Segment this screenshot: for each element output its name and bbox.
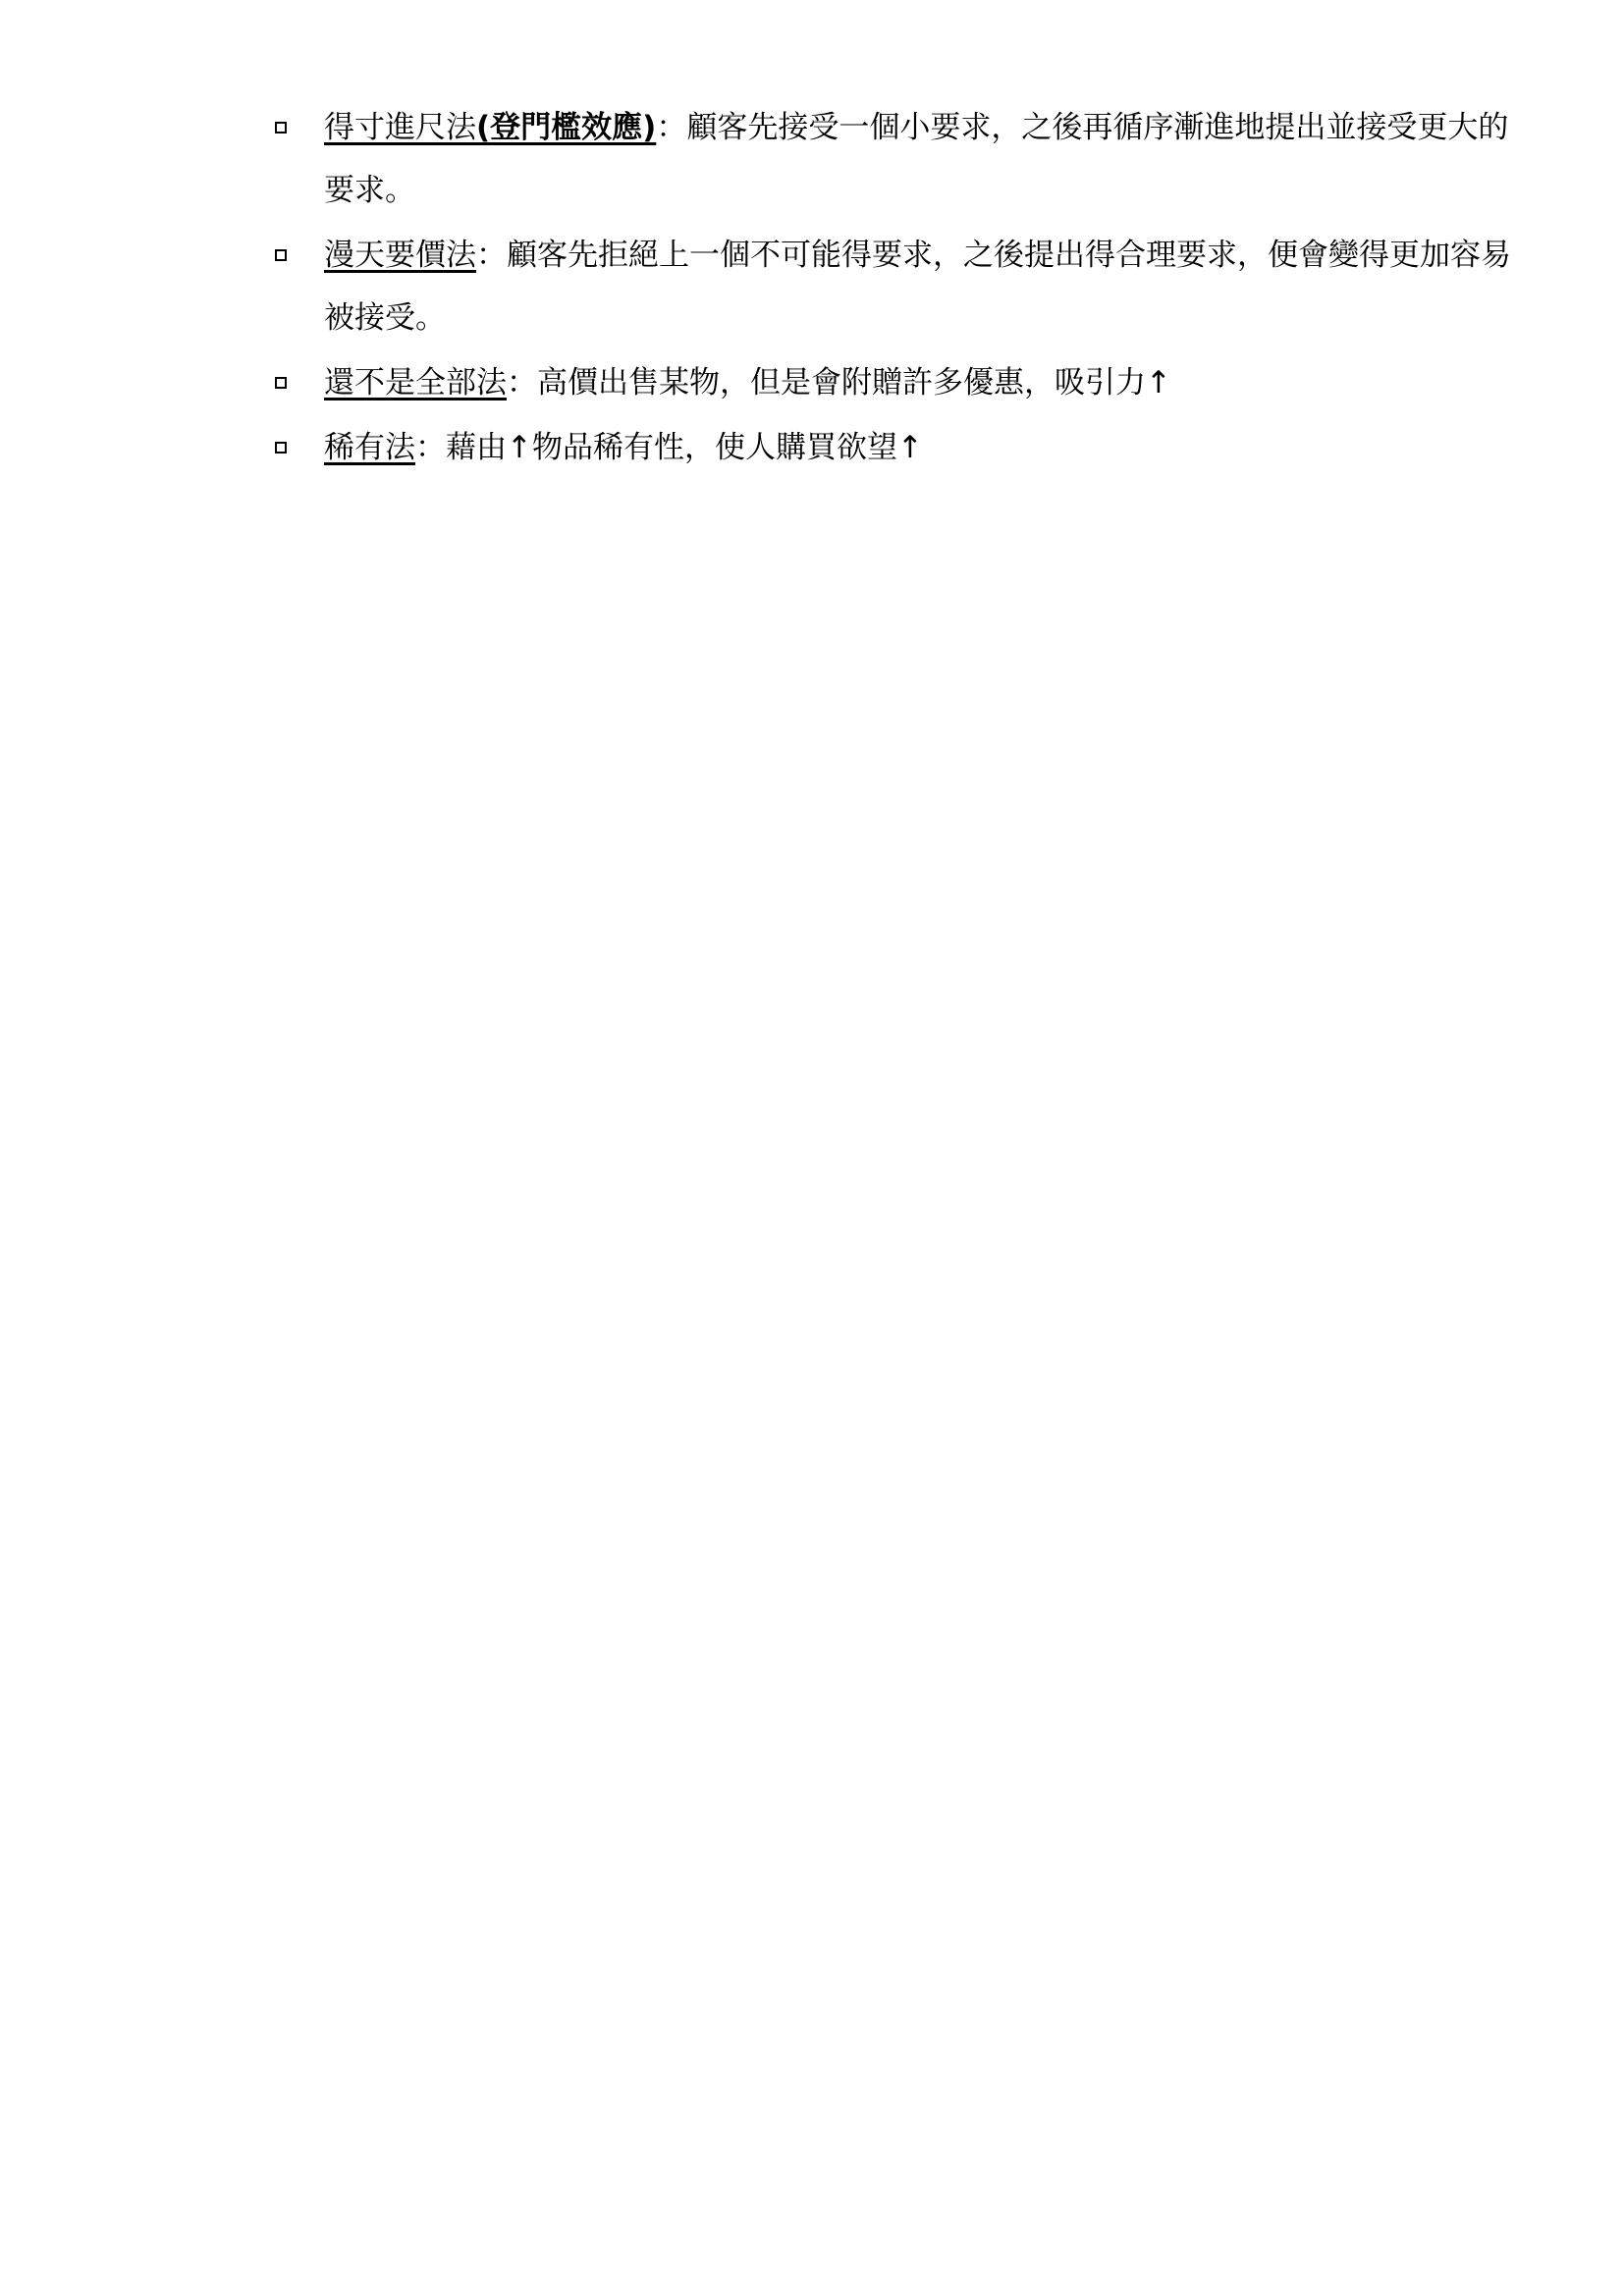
separator: ： <box>507 365 537 400</box>
persuasion-technique-list: 得寸進尺法(登門檻效應)：顧客先接受一個小要求，之後再循序漸進地提出並接受更大的… <box>275 96 1532 481</box>
separator: ： <box>476 238 507 273</box>
separator: ： <box>415 430 446 465</box>
list-item: 得寸進尺法(登門檻效應)：顧客先接受一個小要求，之後再循序漸進地提出並接受更大的… <box>275 96 1532 222</box>
hollow-square-bullet-icon <box>275 122 287 133</box>
term-description: 高價出售某物，但是會附贈許多優惠，吸引力↑ <box>537 365 1171 400</box>
hollow-square-bullet-icon <box>275 442 287 454</box>
document-page: 得寸進尺法(登門檻效應)：顧客先接受一個小要求，之後再循序漸進地提出並接受更大的… <box>0 0 1624 2296</box>
term-label: 得寸進尺法(登門檻效應) <box>324 110 656 145</box>
term-description: 藉由↑物品稀有性，使人購買欲望↑ <box>446 430 923 465</box>
list-item: 稀有法：藉由↑物品稀有性，使人購買欲望↑ <box>275 416 1532 479</box>
list-item: 還不是全部法：高價出售某物，但是會附贈許多優惠，吸引力↑ <box>275 351 1532 414</box>
list-item: 漫天要價法：顧客先拒絕上一個不可能得要求，之後提出得合理要求，便會變得更加容易被… <box>275 224 1532 349</box>
hollow-square-bullet-icon <box>275 377 287 389</box>
hollow-square-bullet-icon <box>275 249 287 261</box>
separator: ： <box>656 110 686 145</box>
term-label: 漫天要價法 <box>324 238 476 273</box>
term-parenthetical: (登門檻效應) <box>476 110 656 145</box>
term-label: 稀有法 <box>324 430 415 465</box>
term-text: 得寸進尺法 <box>324 110 476 145</box>
term-label: 還不是全部法 <box>324 365 507 400</box>
